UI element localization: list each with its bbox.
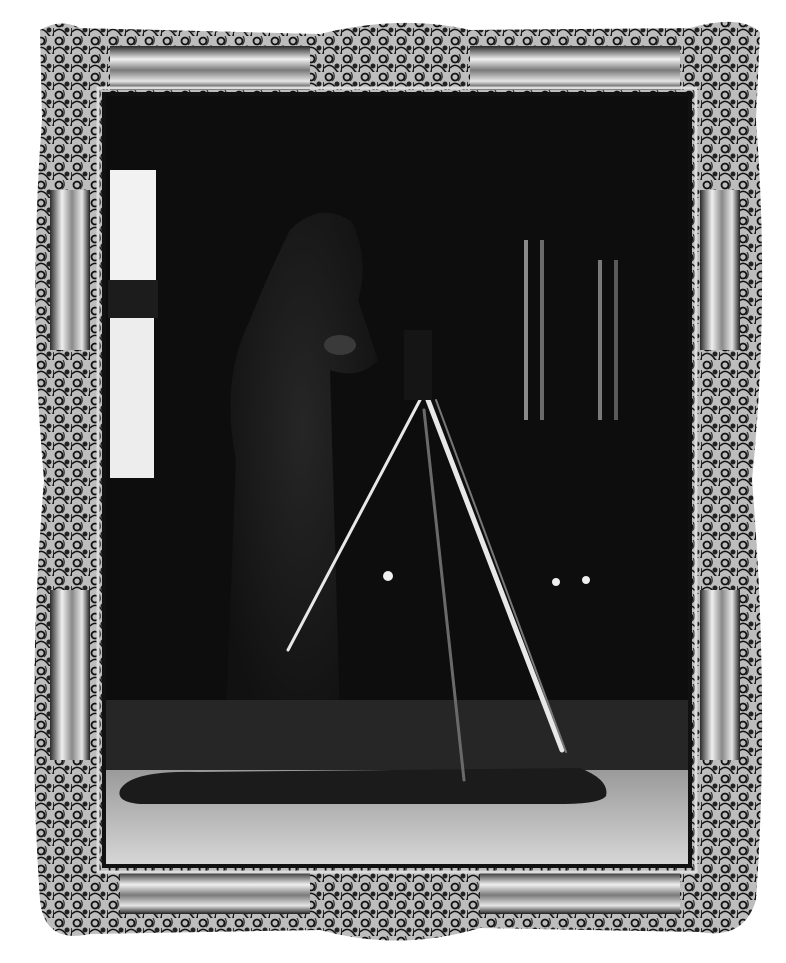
photograph — [0, 0, 786, 963]
window — [110, 170, 156, 280]
camera — [404, 330, 432, 400]
rug — [119, 768, 606, 804]
mirror-reflection — [106, 96, 688, 864]
